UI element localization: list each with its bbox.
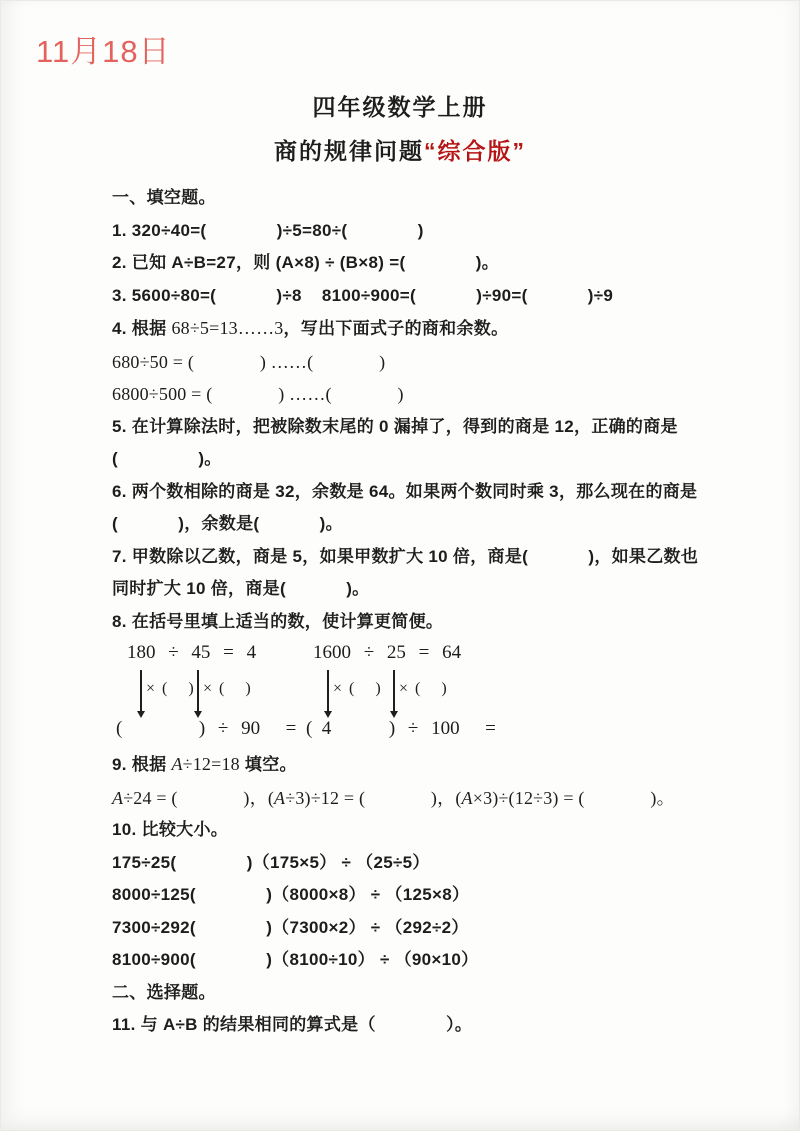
expression-segment: ÷24 = ( )，(	[123, 788, 274, 808]
variable-a: A	[462, 788, 473, 808]
worksheet-title: 四年级数学上册	[0, 92, 800, 122]
question-10-item-a: 175÷25( )（175×5） ÷ （25÷5）	[112, 847, 714, 880]
question-9-blanks: A÷24 = ( )，(A÷3)÷12 = ( )，(A×3)÷(12÷3) =…	[112, 782, 714, 815]
question-6-blank: ( )，余数是( )。	[112, 508, 714, 541]
question-9-equation: ÷12=18	[183, 754, 240, 774]
question-7-continued: 同时扩大 10 倍，商是( )。	[112, 573, 714, 606]
multiply-blank-label: × ( )	[203, 680, 251, 698]
worksheet-body: 一、填空题。 1. 320÷40=( )÷5=80÷( ) 2. 已知 A÷B=…	[112, 182, 714, 1042]
down-arrow	[393, 670, 395, 712]
equation-bottom-right: ( ) ÷ 100 =	[306, 718, 496, 740]
down-arrow	[197, 670, 199, 712]
title-block: 四年级数学上册 商的规律问题“综合版”	[0, 92, 800, 166]
question-4-equation: 68÷5=13……3	[171, 318, 283, 338]
q8-diagram: 180 ÷ 45 = 4 1600 ÷ 25 = 64 × ( ) × ( ) …	[112, 640, 714, 744]
question-4-prefix: 4. 根据	[112, 319, 171, 338]
equation-bottom-left: ( ) ÷ 90 = 4	[116, 718, 331, 740]
date-header: 11月18日	[36, 26, 171, 71]
question-2: 2. 已知 A÷B=27，则 (A×8) ÷ (B×8) =( )。	[112, 247, 714, 280]
equation-top-right: 1600 ÷ 25 = 64	[313, 642, 461, 664]
question-1: 1. 320÷40=( )÷5=80÷( )	[112, 215, 714, 248]
section-1-heading: 一、填空题。	[112, 182, 714, 215]
down-arrow	[327, 670, 329, 712]
multiply-blank-label: × ( )	[146, 680, 194, 698]
question-8: 8. 在括号里填上适当的数，使计算更简便。	[112, 606, 714, 639]
worksheet-subtitle: 商的规律问题“综合版”	[0, 136, 800, 166]
question-6: 6. 两个数相除的商是 32，余数是 64。如果两个数同时乘 3，那么现在的商是	[112, 476, 714, 509]
question-4: 4. 根据 68÷5=13……3，写出下面式子的商和余数。	[112, 312, 714, 346]
question-9-suffix: 填空。	[240, 755, 297, 774]
expression-segment: ×3)÷(12÷3) = ( )。	[473, 788, 675, 808]
question-4-item-a: 680÷50 = ( ) ……( )	[112, 346, 714, 379]
equation-top-left: 180 ÷ 45 = 4	[127, 642, 256, 664]
variable-a: A	[112, 788, 123, 808]
question-9-prefix: 9. 根据	[112, 755, 171, 774]
question-9-variable: A	[171, 754, 182, 774]
question-5-blank: ( )。	[112, 443, 714, 476]
variable-a: A	[274, 788, 285, 808]
question-4-suffix: ，写出下面式子的商和余数。	[283, 319, 508, 338]
multiply-blank-label: × ( )	[399, 680, 447, 698]
question-3: 3. 5600÷80=( )÷8 8100÷900=( )÷90=( )÷9	[112, 280, 714, 313]
question-11: 11. 与 A÷B 的结果相同的算式是（ ）。	[112, 1009, 714, 1042]
question-7: 7. 甲数除以乙数，商是 5，如果甲数扩大 10 倍，商是( )，如果乙数也	[112, 541, 714, 574]
section-2-heading: 二、选择题。	[112, 977, 714, 1010]
multiply-blank-label: × ( )	[333, 680, 381, 698]
question-9: 9. 根据 A÷12=18 填空。	[112, 748, 714, 782]
subtitle-text: 商的规律问题	[274, 138, 424, 164]
question-10-item-d: 8100÷900( )（8100÷10） ÷ （90×10）	[112, 944, 714, 977]
question-10-item-b: 8000÷125( )（8000×8） ÷ （125×8）	[112, 879, 714, 912]
question-4-item-b: 6800÷500 = ( ) ……( )	[112, 378, 714, 411]
worksheet-page: 11月18日 四年级数学上册 商的规律问题“综合版” 一、填空题。 1. 320…	[0, 0, 800, 1131]
down-arrow	[140, 670, 142, 712]
question-10: 10. 比较大小。	[112, 814, 714, 847]
question-10-item-c: 7300÷292( )（7300×2） ÷ （292÷2）	[112, 912, 714, 945]
question-5: 5. 在计算除法时，把被除数末尾的 0 漏掉了，得到的商是 12，正确的商是	[112, 411, 714, 444]
edition-badge: “综合版”	[424, 138, 526, 164]
expression-segment: ÷3)÷12 = ( )，(	[285, 788, 461, 808]
